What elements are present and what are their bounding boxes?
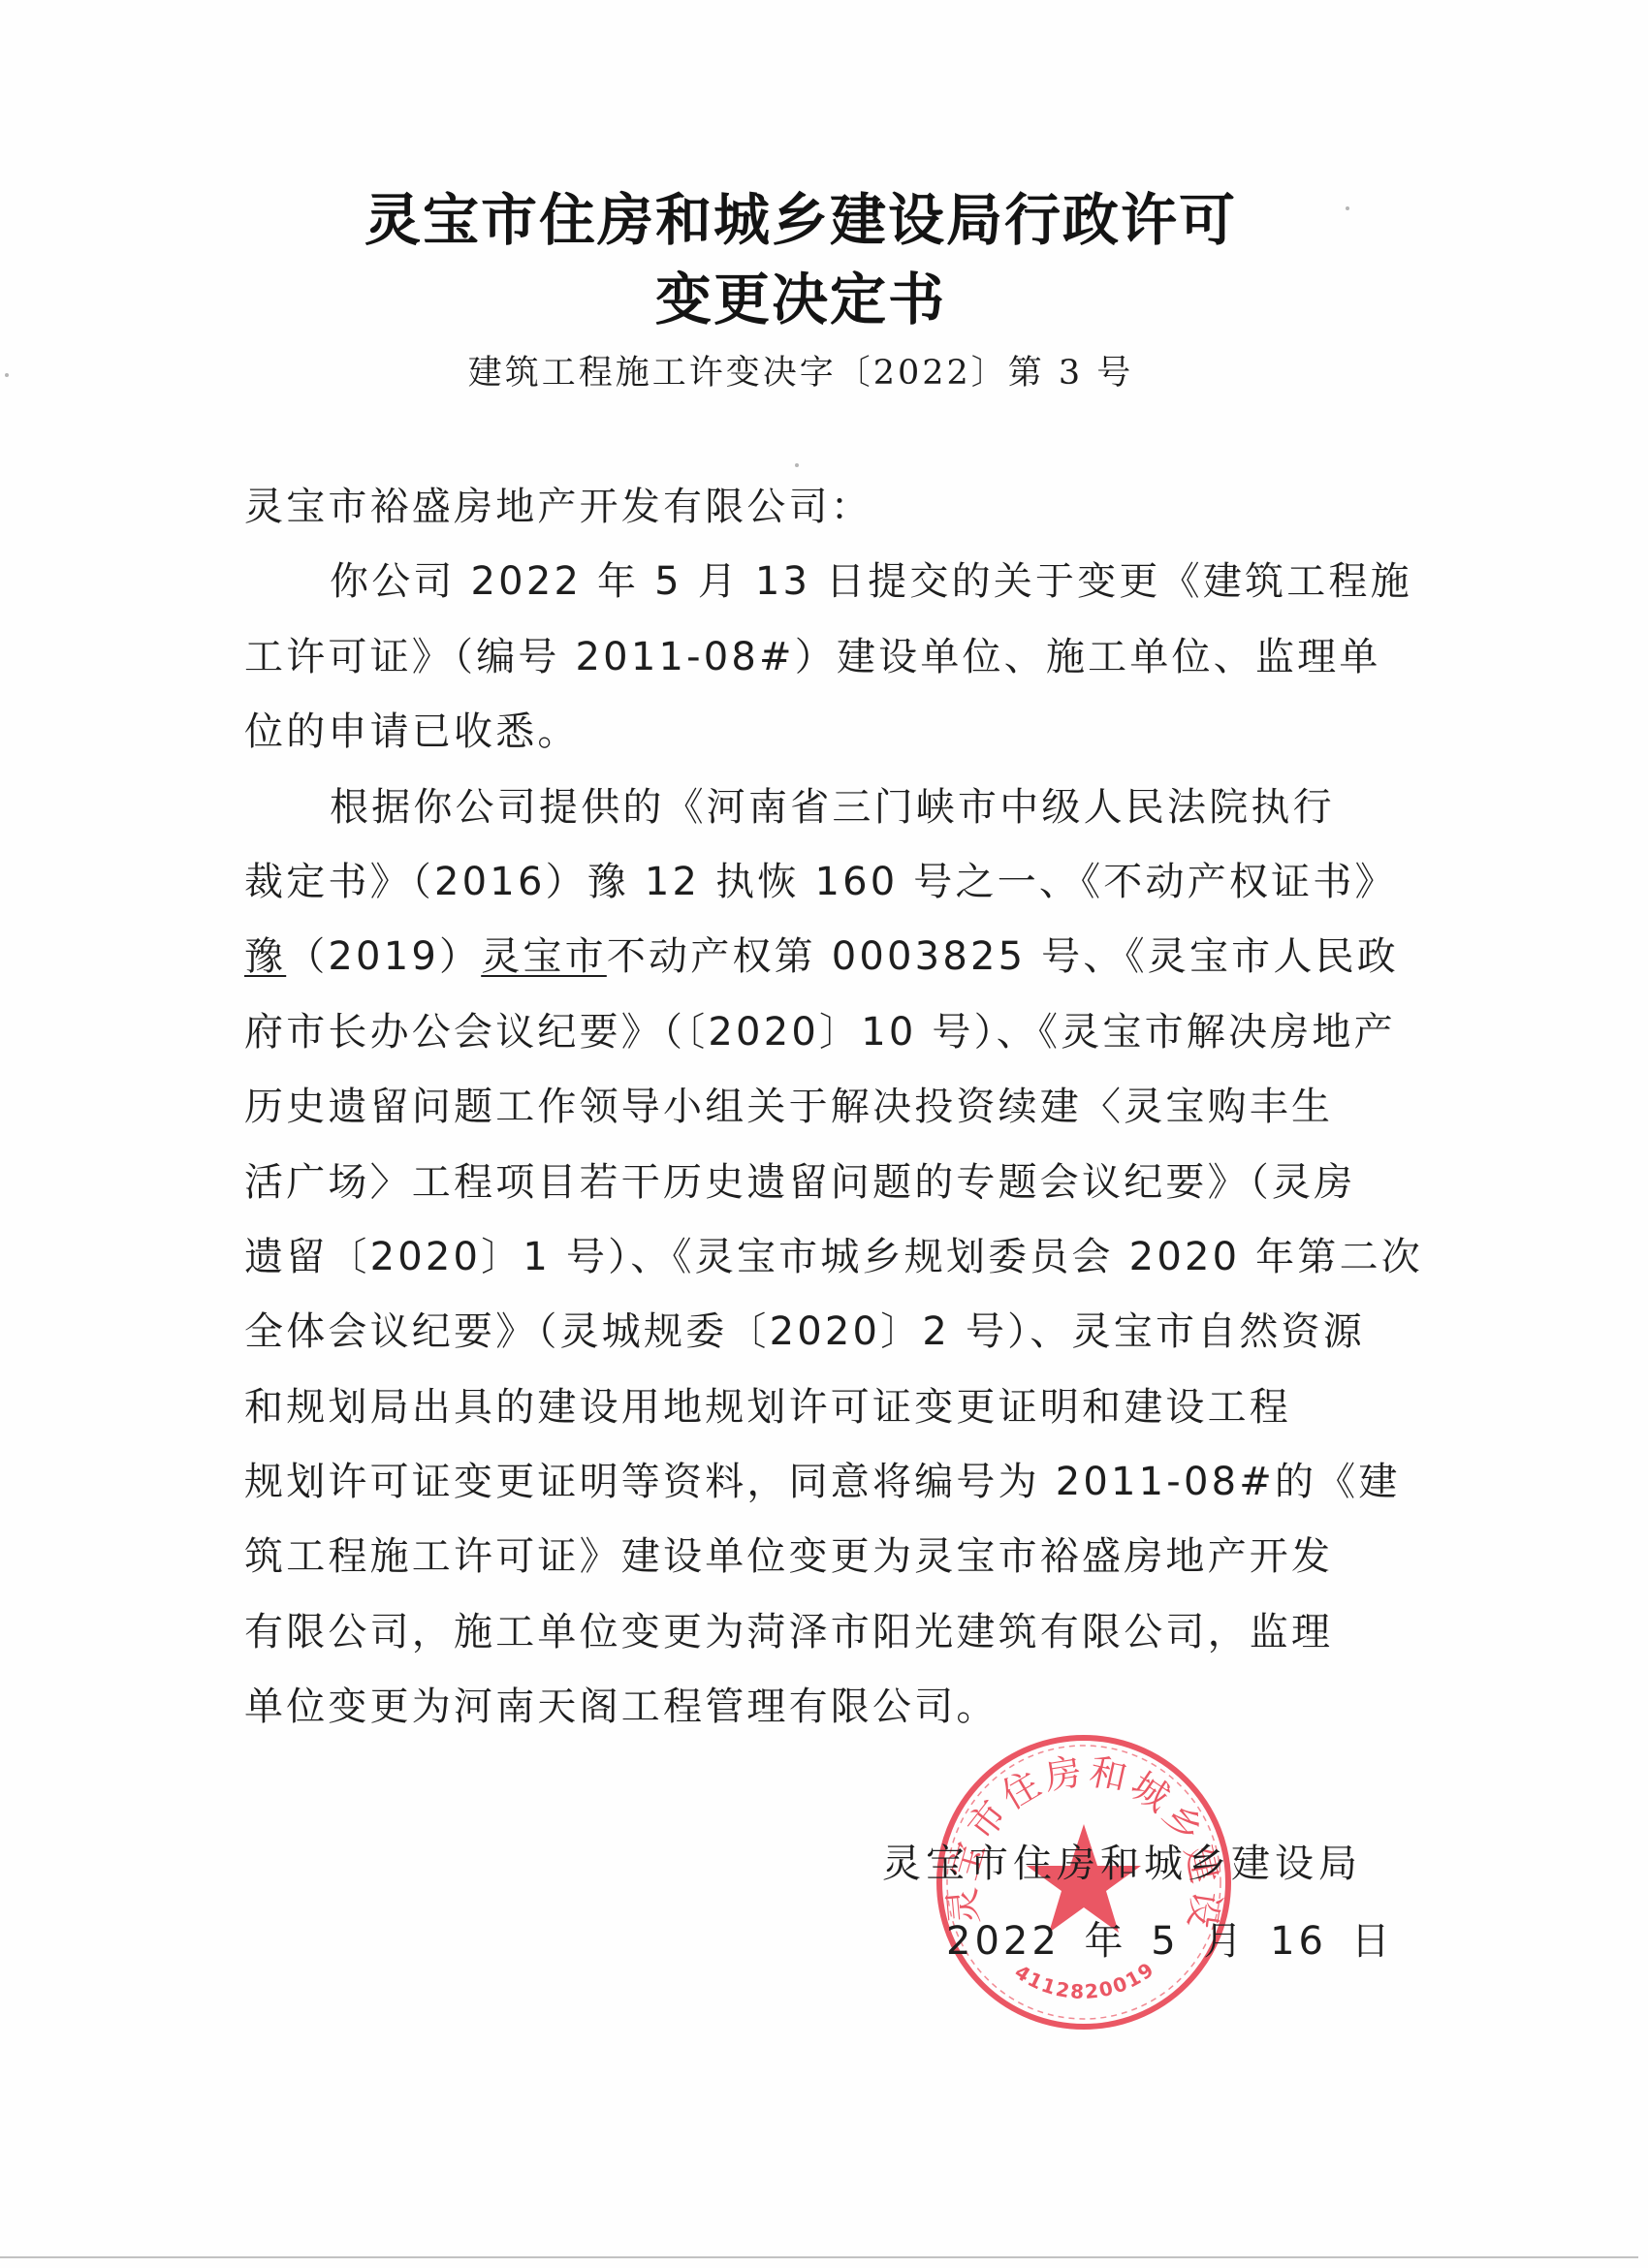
paragraph-1-line: 你公司 2022 年 5 月 13 日提交的关于变更《建筑工程施 — [244, 559, 1359, 634]
paragraph-2-line: 遗留〔2020〕1 号）、《灵宝市城乡规划委员会 2020 年第二次 — [244, 1235, 1359, 1309]
paragraph-1-line: 工许可证》（编号 2011-08#）建设单位、施工单位、监理单 — [244, 635, 1359, 709]
line-text: 不动产权第 0003825 号、《灵宝市人民政 — [607, 934, 1399, 979]
scan-speck — [795, 463, 799, 467]
document-number: 建筑工程施工许变决字〔2022〕第 3 号 — [0, 357, 1601, 391]
paragraph-2-line: 筑工程施工许可证》建设单位变更为灵宝市裕盛房地产开发 — [244, 1534, 1359, 1609]
document-title-line-1: 灵宝市住房和城乡建设局行政许可 — [0, 192, 1601, 248]
paragraph-2-line: 府市长办公会议纪要》（〔2020〕10 号）、《灵宝市解决房地产 — [244, 1010, 1359, 1085]
paragraph-2-line: 全体会议纪要》（灵城规委〔2020〕2 号）、灵宝市自然资源 — [244, 1309, 1359, 1384]
paragraph-2-line: 裁定书》（2016）豫 12 执恢 160 号之一、《不动产权证书》 — [244, 860, 1359, 934]
document-page: 灵宝市住房和城乡建设局行政许可 变更决定书 建筑工程施工许变决字〔2022〕第 … — [0, 0, 1648, 2268]
paragraph-2-line: 规划许可证变更证明等资料，同意将编号为 2011-08#的《建 — [244, 1460, 1359, 1534]
seal-serial-text: 4112820019 — [1010, 1957, 1158, 2003]
scan-speck — [1346, 206, 1349, 210]
document-title-line-2: 变更决定书 — [0, 271, 1601, 328]
paragraph-2-line: 活广场〉工程项目若干历史遗留问题的专题会议纪要》（灵房 — [244, 1160, 1359, 1235]
underlined-text: 豫 — [244, 934, 286, 979]
paragraph-2-line: 和规划局出具的建设用地规划许可证变更证明和建设工程 — [244, 1385, 1359, 1460]
paragraph-1-line: 位的申请已收悉。 — [244, 709, 1359, 784]
paragraph-2-line-with-underlines: 豫（2019）灵宝市不动产权第 0003825 号、《灵宝市人民政 — [244, 934, 1359, 1009]
document-body: 灵宝市裕盛房地产开发有限公司： 你公司 2022 年 5 月 13 日提交的关于… — [244, 485, 1359, 1760]
signature-date: 2022 年 5 月 16 日 — [946, 1919, 1394, 1964]
underlined-text: 灵宝市 — [481, 934, 607, 979]
paragraph-2-line: 历史遗留问题工作领导小组关于解决投资续建〈灵宝购丰生 — [244, 1085, 1359, 1159]
paragraph-2-line: 有限公司，施工单位变更为菏泽市阳光建筑有限公司，监理 — [244, 1610, 1359, 1685]
addressee: 灵宝市裕盛房地产开发有限公司： — [244, 485, 1359, 559]
signature-organization: 灵宝市住房和城乡建设局 — [882, 1842, 1362, 1886]
scan-speck — [5, 373, 9, 377]
paragraph-2-line: 根据你公司提供的《河南省三门峡市中级人民法院执行 — [244, 785, 1359, 860]
scan-edge-line — [0, 2256, 1638, 2258]
line-text: （2019） — [286, 934, 481, 979]
